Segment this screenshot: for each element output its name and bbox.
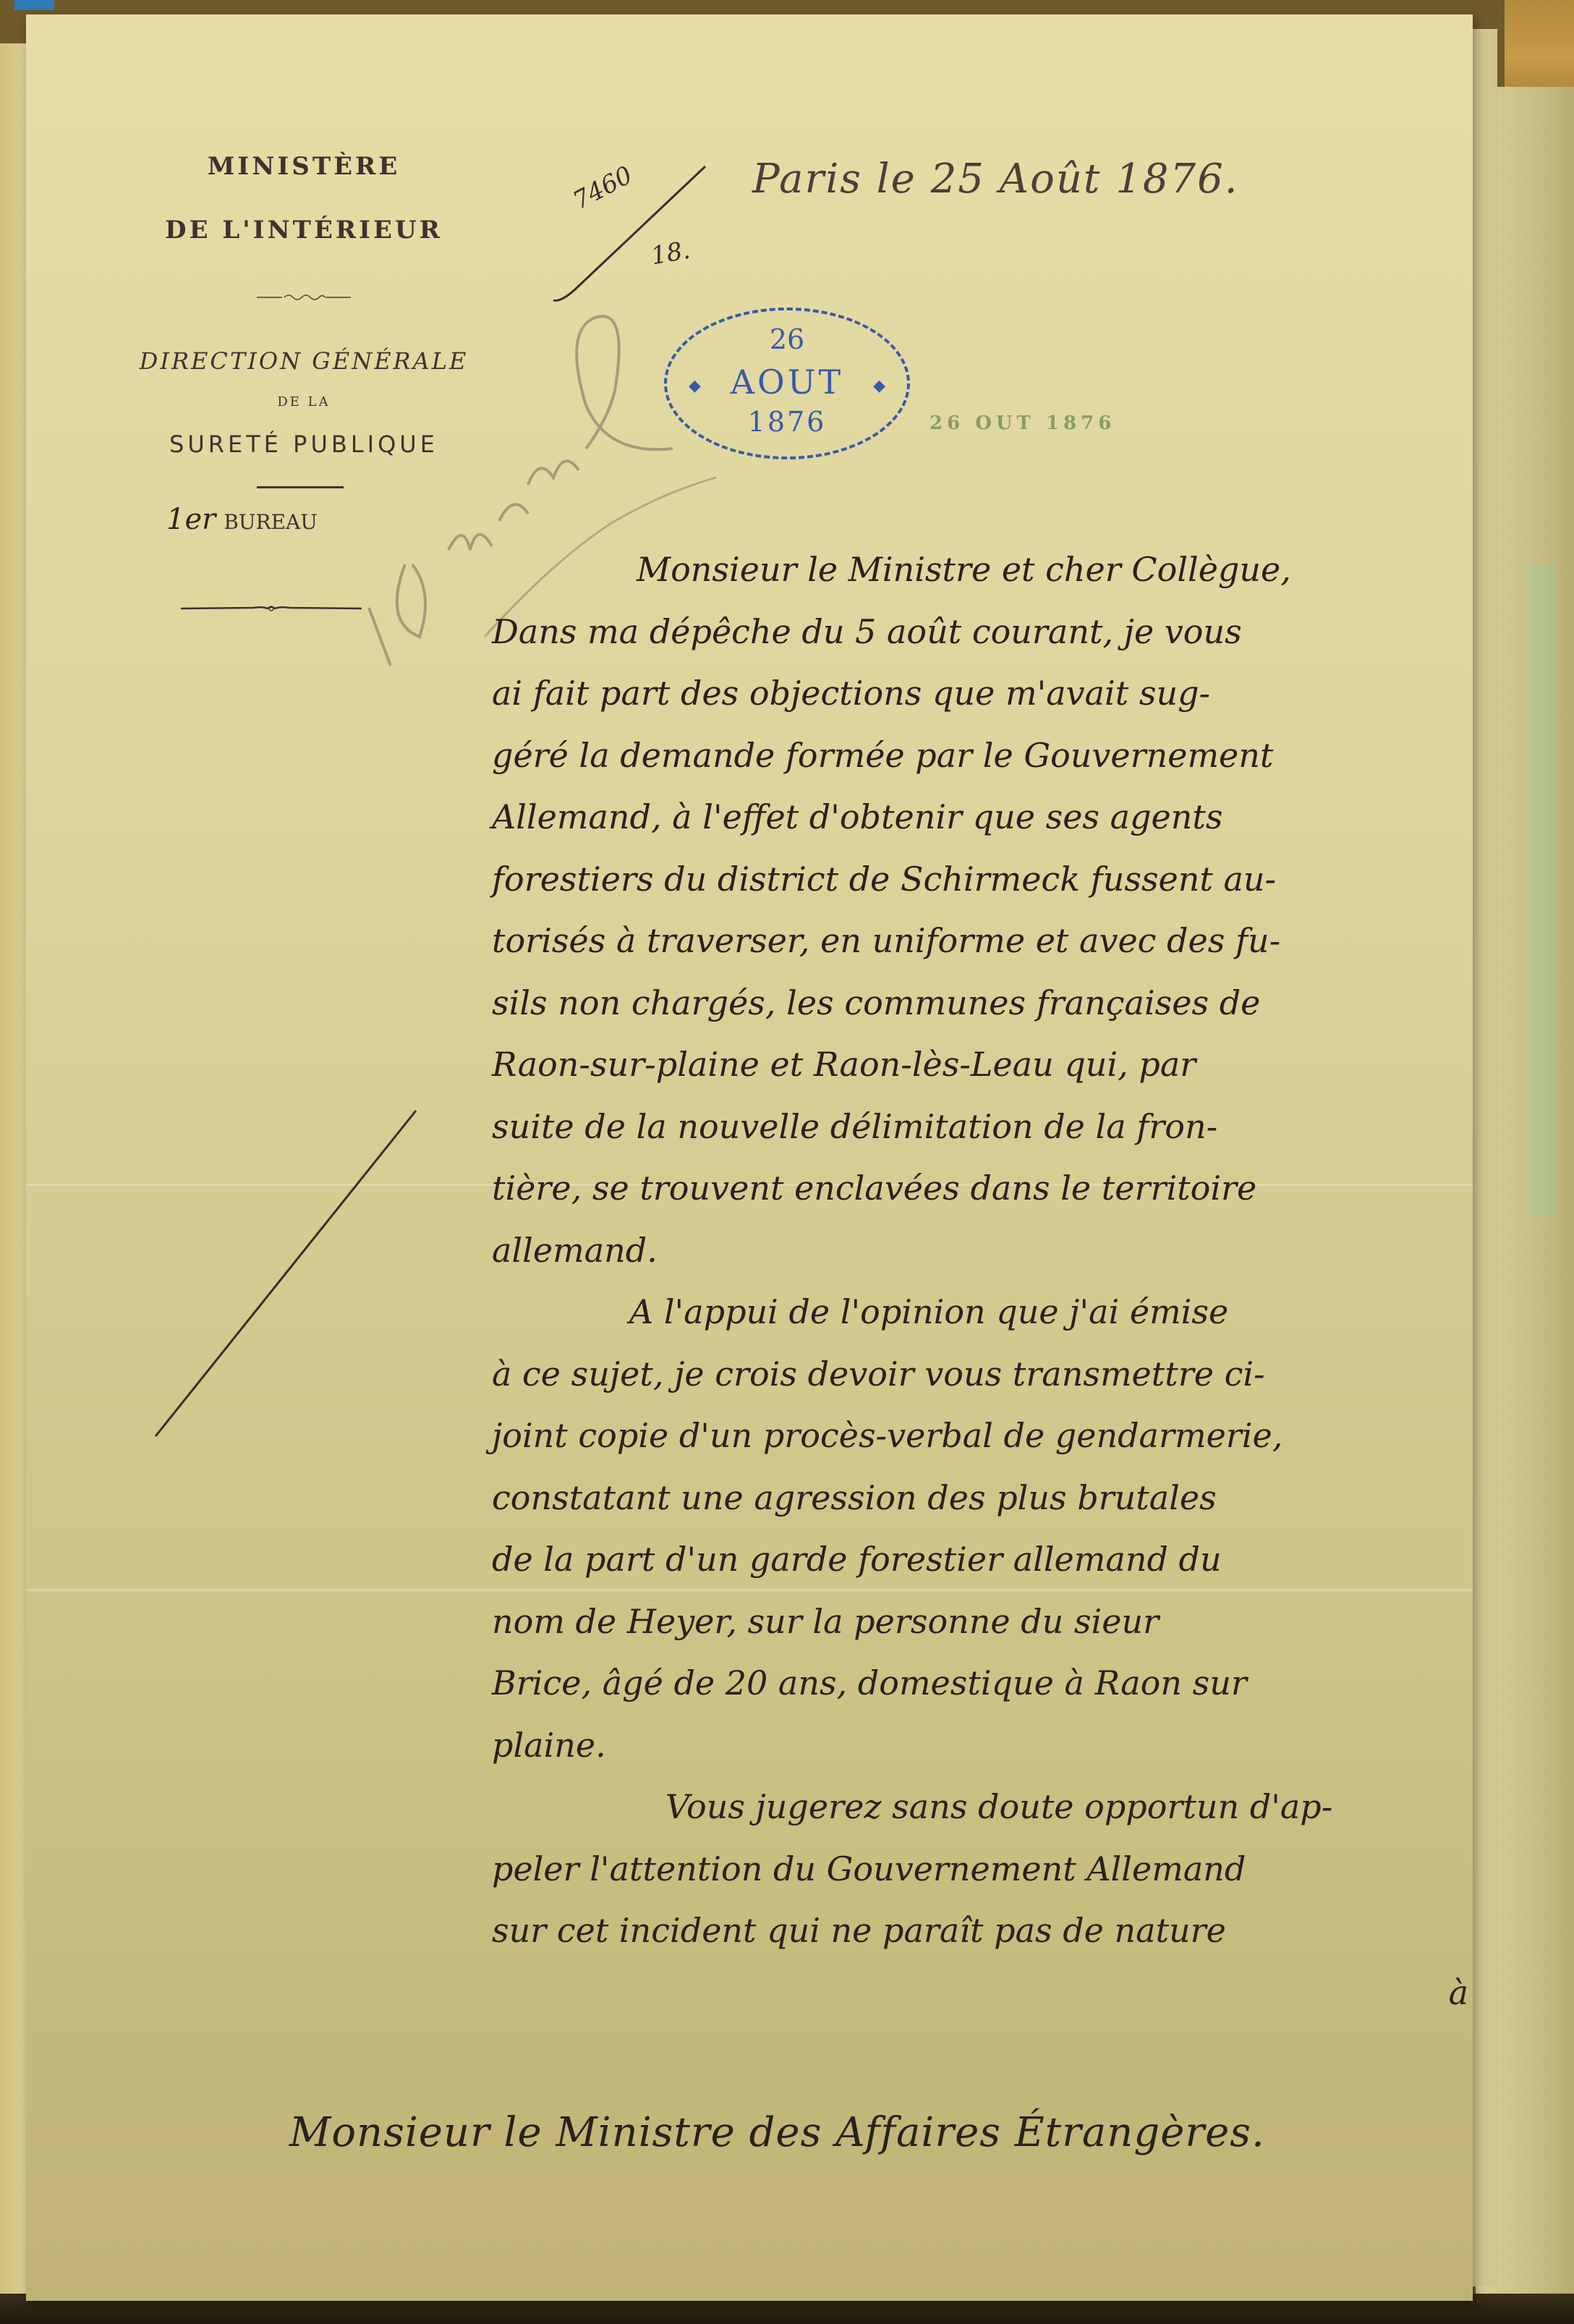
body-line: Allemand, à l'effet d'obtenir que ses ag… bbox=[492, 786, 1490, 849]
body-line: Raon-sur-plaine et Raon-lès-Leau qui, pa… bbox=[492, 1034, 1490, 1096]
stamp-year: 1876 bbox=[667, 406, 907, 438]
diamond-icon: ◆ bbox=[873, 377, 885, 395]
body-line: joint copie d'un procès-verbal de gendar… bbox=[492, 1405, 1490, 1467]
body-line: tière, se trouvent enclavées dans le ter… bbox=[492, 1158, 1490, 1220]
body-line: torisés à traverser, en uniforme et avec… bbox=[492, 910, 1490, 972]
dateline: Paris le 25 Août 1876. bbox=[752, 156, 1239, 203]
letterhead-ministry: MINISTÈRE bbox=[109, 152, 499, 181]
body-line: sils non chargés, les communes française… bbox=[492, 972, 1490, 1035]
stamp-day: 26 bbox=[667, 323, 907, 355]
letterhead-rule bbox=[257, 486, 344, 488]
ornament-divider-icon bbox=[257, 293, 351, 302]
bureau-label: BUREAU bbox=[224, 510, 318, 534]
underlying-sheet-green bbox=[1526, 564, 1555, 1216]
salutation: Monsieur le Ministre et cher Collègue, bbox=[492, 539, 1490, 601]
turnover-catchword: à bbox=[492, 1962, 1490, 2024]
body-line: Brice, âgé de 20 ans, domestique à Raon … bbox=[492, 1653, 1490, 1715]
body-line: suite de la nouvelle délimitation de la … bbox=[492, 1096, 1490, 1158]
bureau-number: 1er bbox=[166, 503, 216, 536]
body-line: géré la demande formée par le Gouverneme… bbox=[492, 725, 1490, 787]
faint-stamp: 26 OUT 1876 bbox=[929, 412, 1115, 434]
letterhead-interior: DE L'INTÉRIEUR bbox=[109, 216, 499, 245]
body-line: Vous jugerez sans doute opportun d'ap- bbox=[492, 1776, 1490, 1839]
ornament-rule-icon bbox=[181, 604, 362, 613]
underlying-sheet-left bbox=[0, 43, 29, 2315]
body-line: ai fait part des objections que m'avait … bbox=[492, 663, 1490, 725]
blue-tab bbox=[14, 0, 54, 10]
body-line: nom de Heyer, sur la personne du sieur bbox=[492, 1591, 1490, 1653]
received-stamp: 26 ◆ AOUT ◆ 1876 bbox=[664, 308, 910, 459]
body-line: plaine. bbox=[492, 1715, 1490, 1777]
body-line: A l'appui de l'opinion que j'ai émise bbox=[492, 1281, 1490, 1344]
body-line: forestiers du district de Schirmeck fuss… bbox=[492, 849, 1490, 911]
letter-body: Monsieur le Ministre et cher Collègue, D… bbox=[492, 539, 1490, 2024]
body-line: Dans ma dépêche du 5 août courant, je vo… bbox=[492, 601, 1490, 663]
body-line: sur cet incident qui ne paraît pas de na… bbox=[492, 1900, 1490, 1962]
body-line: peler l'attention du Gouvernement Allema… bbox=[492, 1839, 1490, 1901]
body-line: allemand. bbox=[492, 1220, 1490, 1282]
body-line: à ce sujet, je crois devoir vous transme… bbox=[492, 1344, 1490, 1406]
margin-diagonal-line bbox=[152, 1107, 420, 1440]
addressee: Monsieur le Ministre des Affaires Étrang… bbox=[289, 2109, 1265, 2156]
stamp-month: AOUT bbox=[667, 362, 907, 402]
body-line: constatant une agression des plus brutal… bbox=[492, 1467, 1490, 1530]
body-line: de la part d'un garde forestier allemand… bbox=[492, 1529, 1490, 1591]
